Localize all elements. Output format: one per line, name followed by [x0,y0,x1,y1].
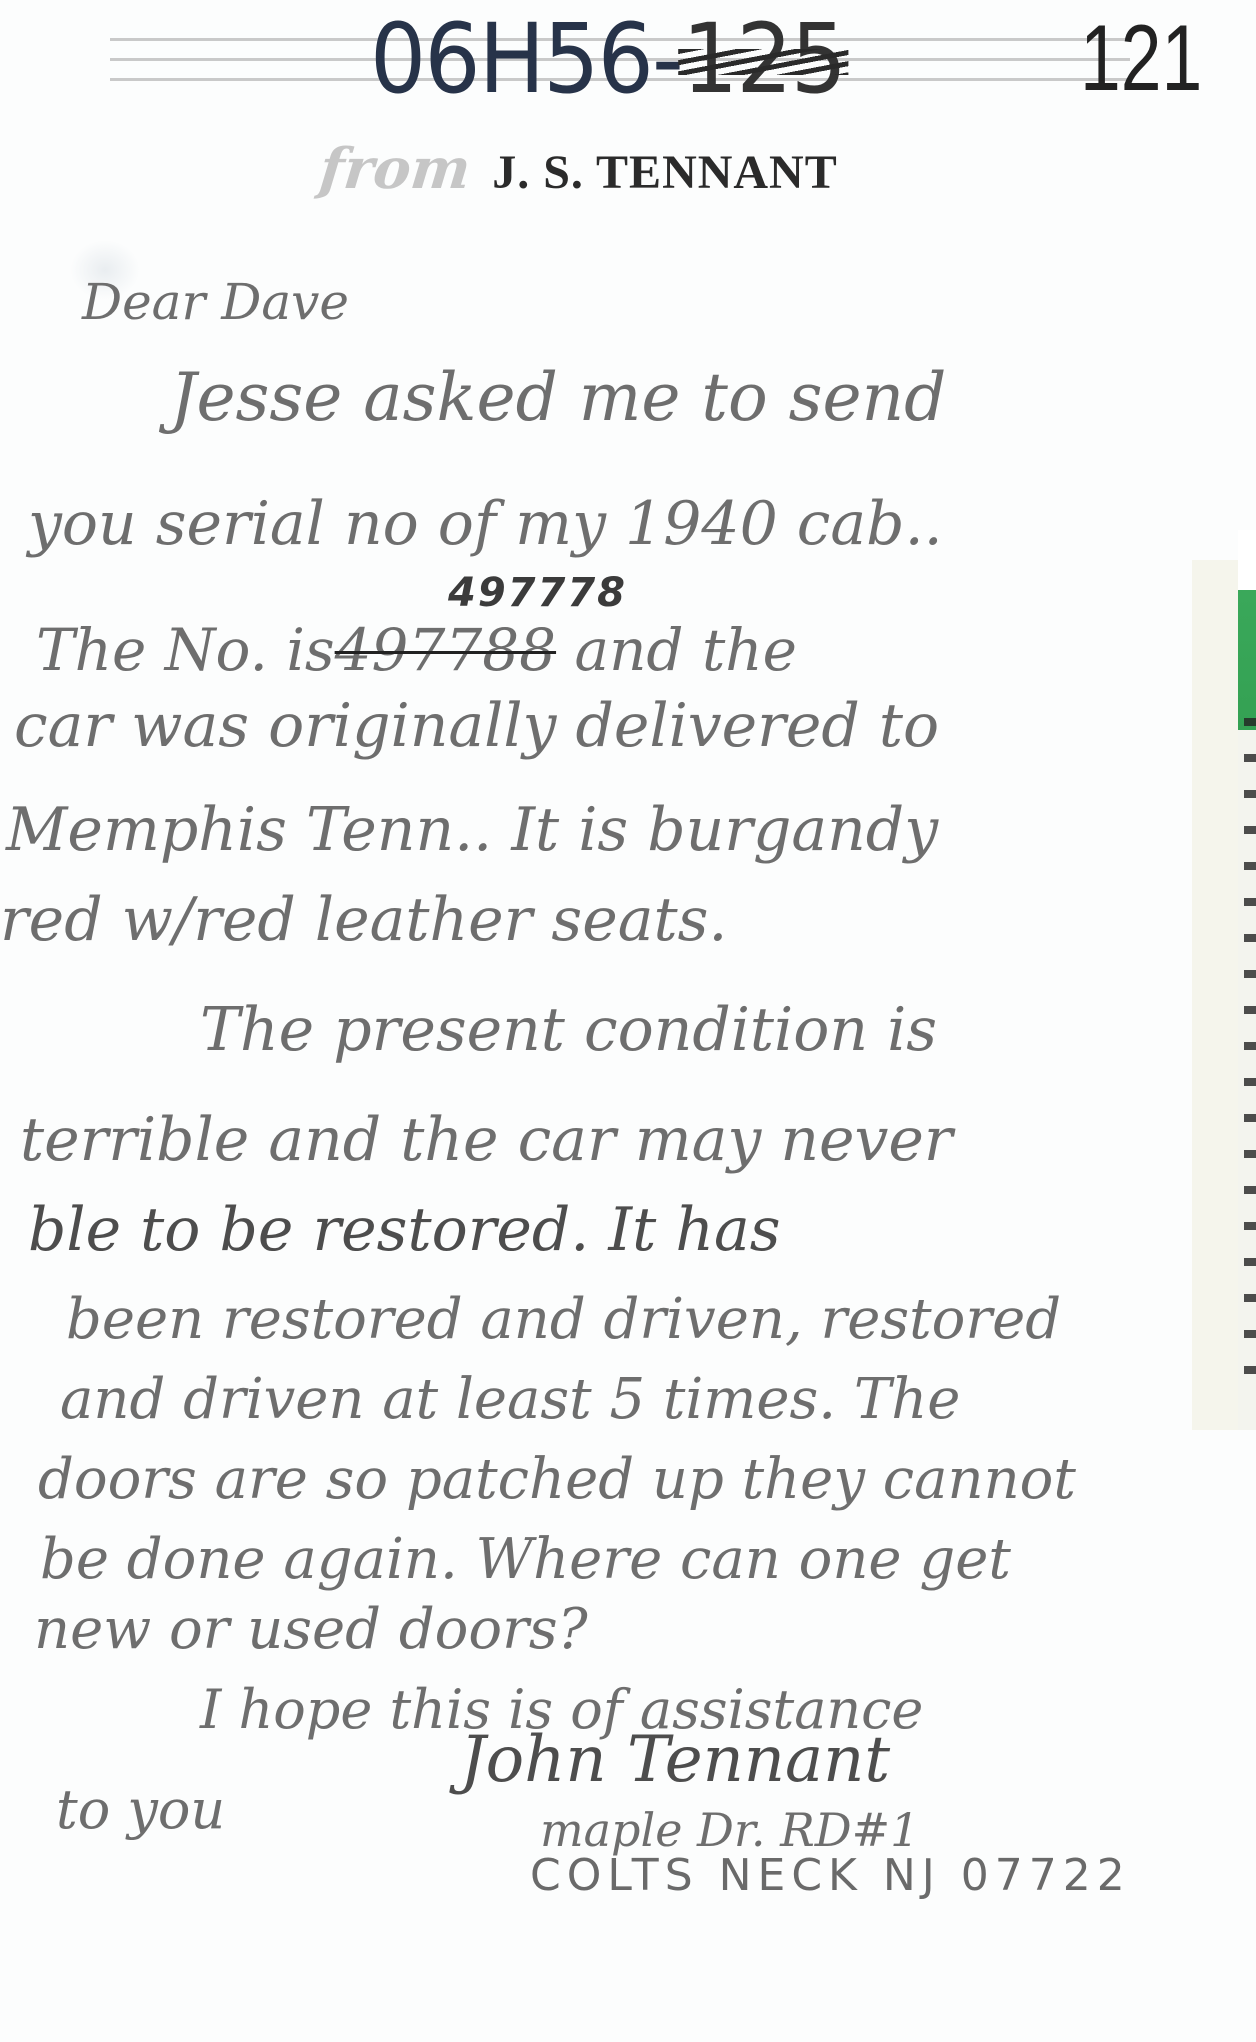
letter-page: 06H56-125 121 from J. S. TENNANT Dear Da… [0,0,1256,2042]
body-line: been restored and driven, restored [66,1290,1061,1350]
body-line: doors are so patched up they cannot [38,1450,1076,1510]
body-line: The present condition is [200,1000,937,1060]
struck-file-number: 125 [682,3,845,115]
file-number: 121 [1080,8,1202,108]
underlying-page-edge [1192,560,1238,1430]
body-line: you serial no of my 1940 cab.. [28,494,943,554]
body-line: to you [56,1780,225,1840]
letterhead-name: J. S. TENNANT [492,145,838,200]
body-line: and driven at least 5 times. The [60,1370,960,1430]
body-line: The No. is [36,616,335,684]
file-stamp: 06H56-125 [370,4,845,114]
body-line-serial: The No. is497788 and the [36,620,797,680]
signature: John Tennant [460,1730,890,1790]
address-line: COLTS NECK NJ 07722 [530,1850,1131,1901]
body-line: terrible and the car may never [20,1110,953,1170]
body-line: Memphis Tenn.. It is burgandy [6,800,938,860]
body-line: Jesse asked me to send [170,368,946,428]
body-line: and the [575,616,797,684]
edge-tick-marks [1244,690,1256,1390]
body-line: be done again. Where can one get [40,1530,1011,1590]
letterhead: from J. S. TENNANT [320,136,838,202]
body-line: red w/red leather seats. [0,890,727,950]
salutation: Dear Dave [82,272,349,332]
serial-number-struck: 497788 [335,616,556,684]
body-line: new or used doors? [34,1600,588,1660]
serial-number-corrected: 497778 [448,570,627,616]
file-code: 06H56- [370,3,682,115]
body-line: car was originally delivered to [14,696,939,756]
letterhead-from: from [317,136,474,202]
body-line: ble to be restored. It has [28,1200,781,1260]
